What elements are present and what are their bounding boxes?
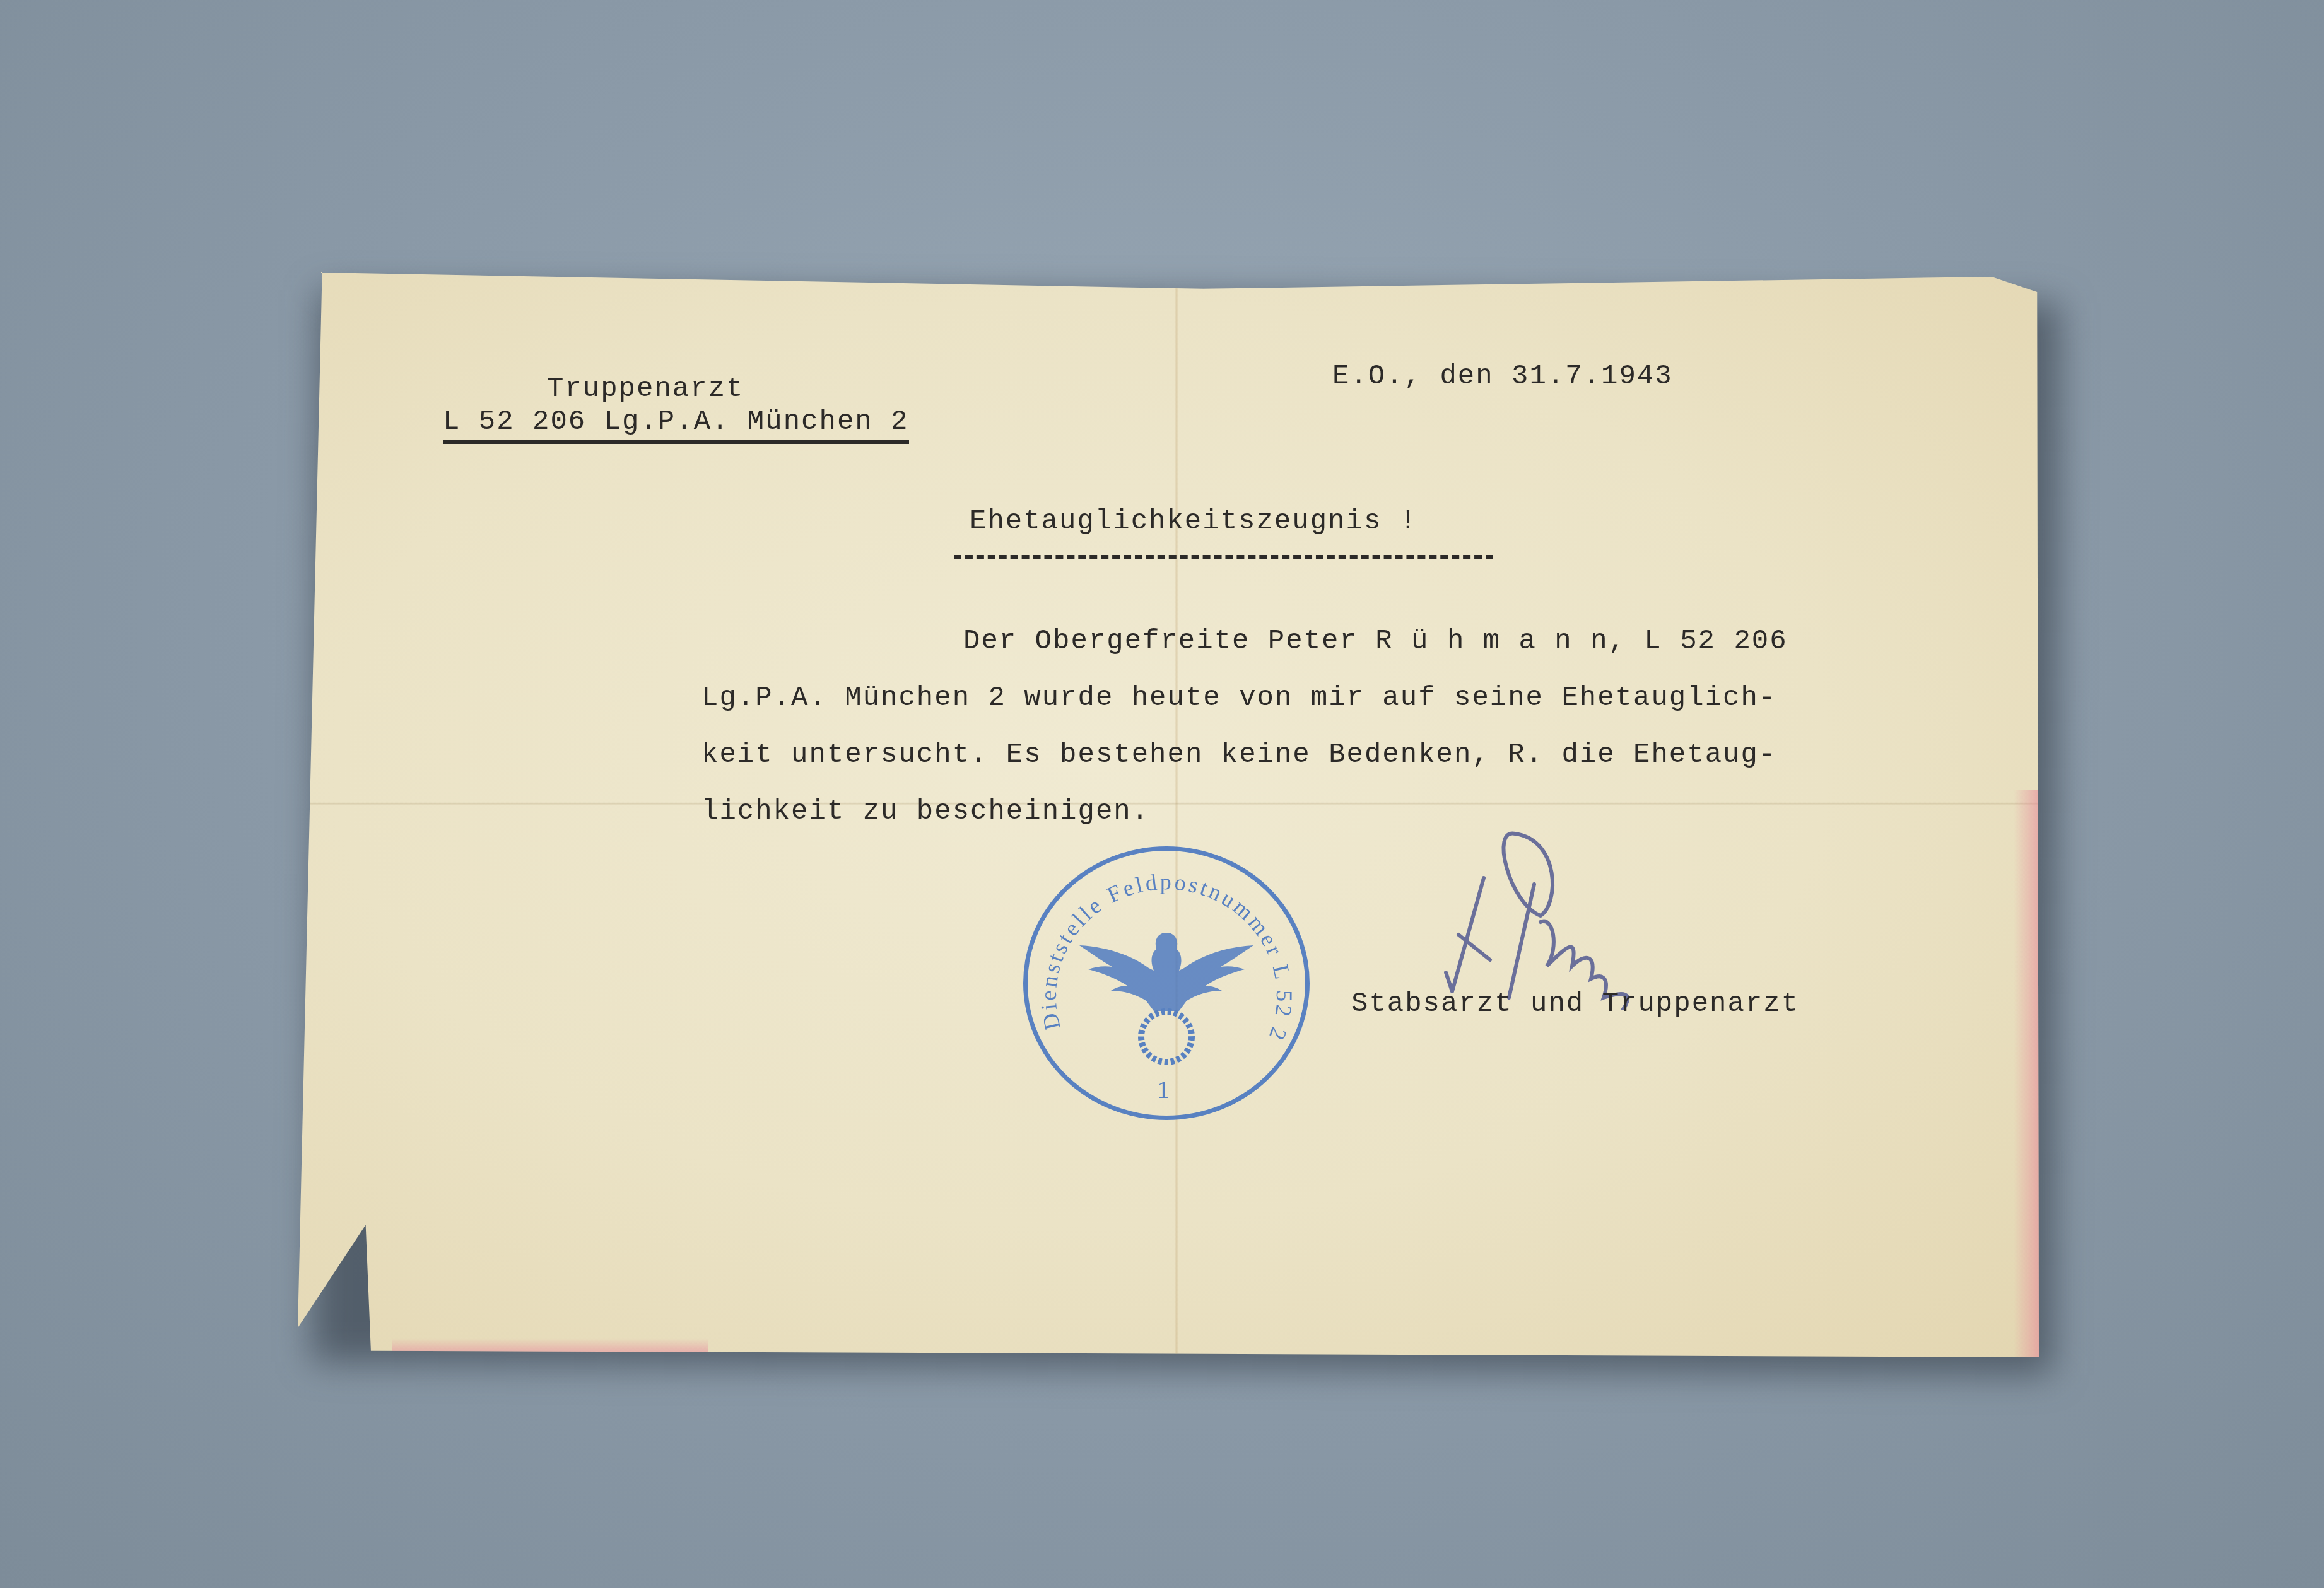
header-left-line1: Truppenarzt [547, 373, 744, 405]
eagle-emblem-icon [1078, 920, 1255, 1065]
document-title: Ehetauglichkeitszeugnis ! [970, 506, 1417, 537]
handwritten-signature [1414, 821, 1755, 1010]
vertical-fold-line [1175, 272, 1178, 1357]
official-stamp: Dienststelle Feldpostnummer L 52 206 1 [1023, 846, 1310, 1120]
right-edge-stain [2014, 790, 2039, 1357]
title-dashed-underline [954, 555, 1493, 559]
signature-title: Stabsarzt und Truppenarzt [1351, 988, 1799, 1020]
body-line-3: keit untersucht. Es bestehen keine Beden… [701, 739, 1776, 771]
body-line-4: lichkeit zu bescheinigen. [701, 796, 1149, 827]
horizontal-fold-line [298, 802, 2039, 805]
stamp-number: 1 [1157, 1075, 1170, 1104]
place-date: E.O., den 31.7.1943 [1332, 361, 1673, 392]
document-paper: Truppenarzt L 52 206 Lg.P.A. München 2 E… [298, 272, 2039, 1357]
body-line-2: Lg.P.A. München 2 wurde heute von mir au… [701, 682, 1776, 714]
body-line-1: Der Obergefreite Peter R ü h m a n n, L … [963, 626, 1788, 657]
header-left-line2: L 52 206 Lg.P.A. München 2 [443, 406, 909, 444]
